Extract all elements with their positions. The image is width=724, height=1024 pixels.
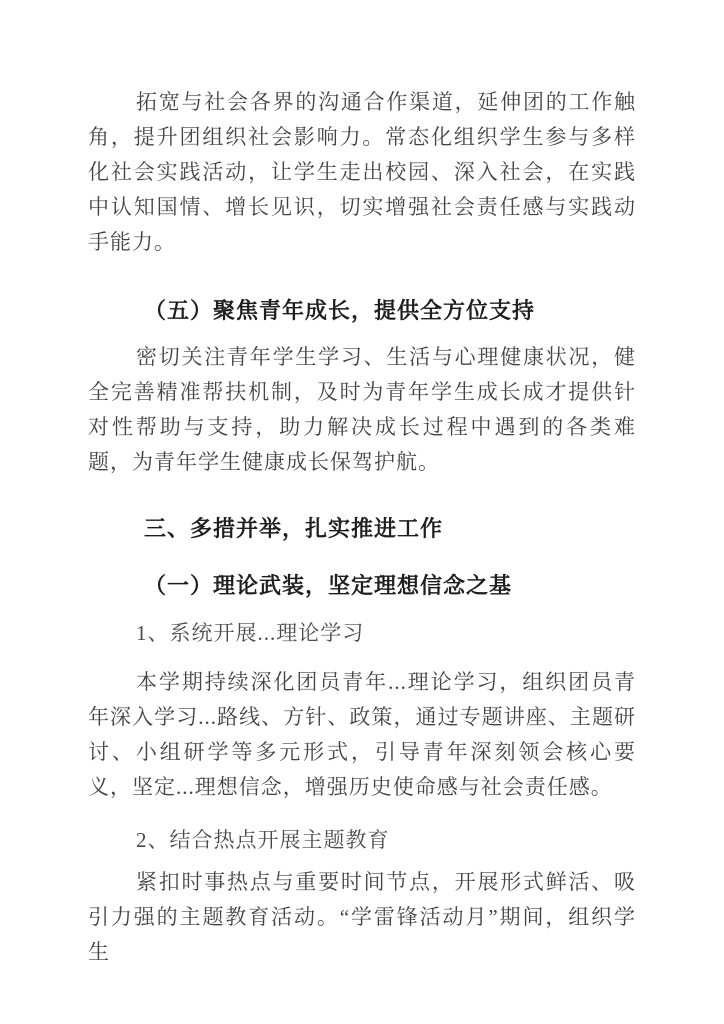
subheading-2-theme-education: 2、结合热点开展主题教育 (88, 823, 636, 858)
heading-section-1-theory-arming: （一）理论武装，坚定理想信念之基 (88, 568, 636, 603)
paragraph-social-practice: 拓宽与社会各界的沟通合作渠道，延伸团的工作触角，提升团组织社会影响力。常态化组织… (88, 85, 636, 260)
paragraph-youth-support: 密切关注青年学生学习、生活与心理健康状况，健全完善精准帮扶机制，及时为青年学生成… (88, 340, 636, 480)
heading-part-3-multiple-measures: 三、多措并举，扎实推进工作 (88, 511, 636, 546)
subheading-1-theory-study: 1、系统开展...理论学习 (88, 616, 636, 651)
document-page: 拓宽与社会各界的沟通合作渠道，延伸团的工作触角，提升团组织社会影响力。常态化组织… (0, 0, 724, 1024)
paragraph-theme-education-detail: 紧扣时事热点与重要时间节点，开展形式鲜活、吸引力强的主题教育活动。“学雷锋活动月… (88, 865, 636, 970)
paragraph-theory-study-detail: 本学期持续深化团员青年...理论学习，组织团员青年深入学习...路线、方针、政策… (88, 665, 636, 805)
heading-section-5-youth-growth: （五）聚焦青年成长，提供全方位支持 (88, 293, 636, 328)
